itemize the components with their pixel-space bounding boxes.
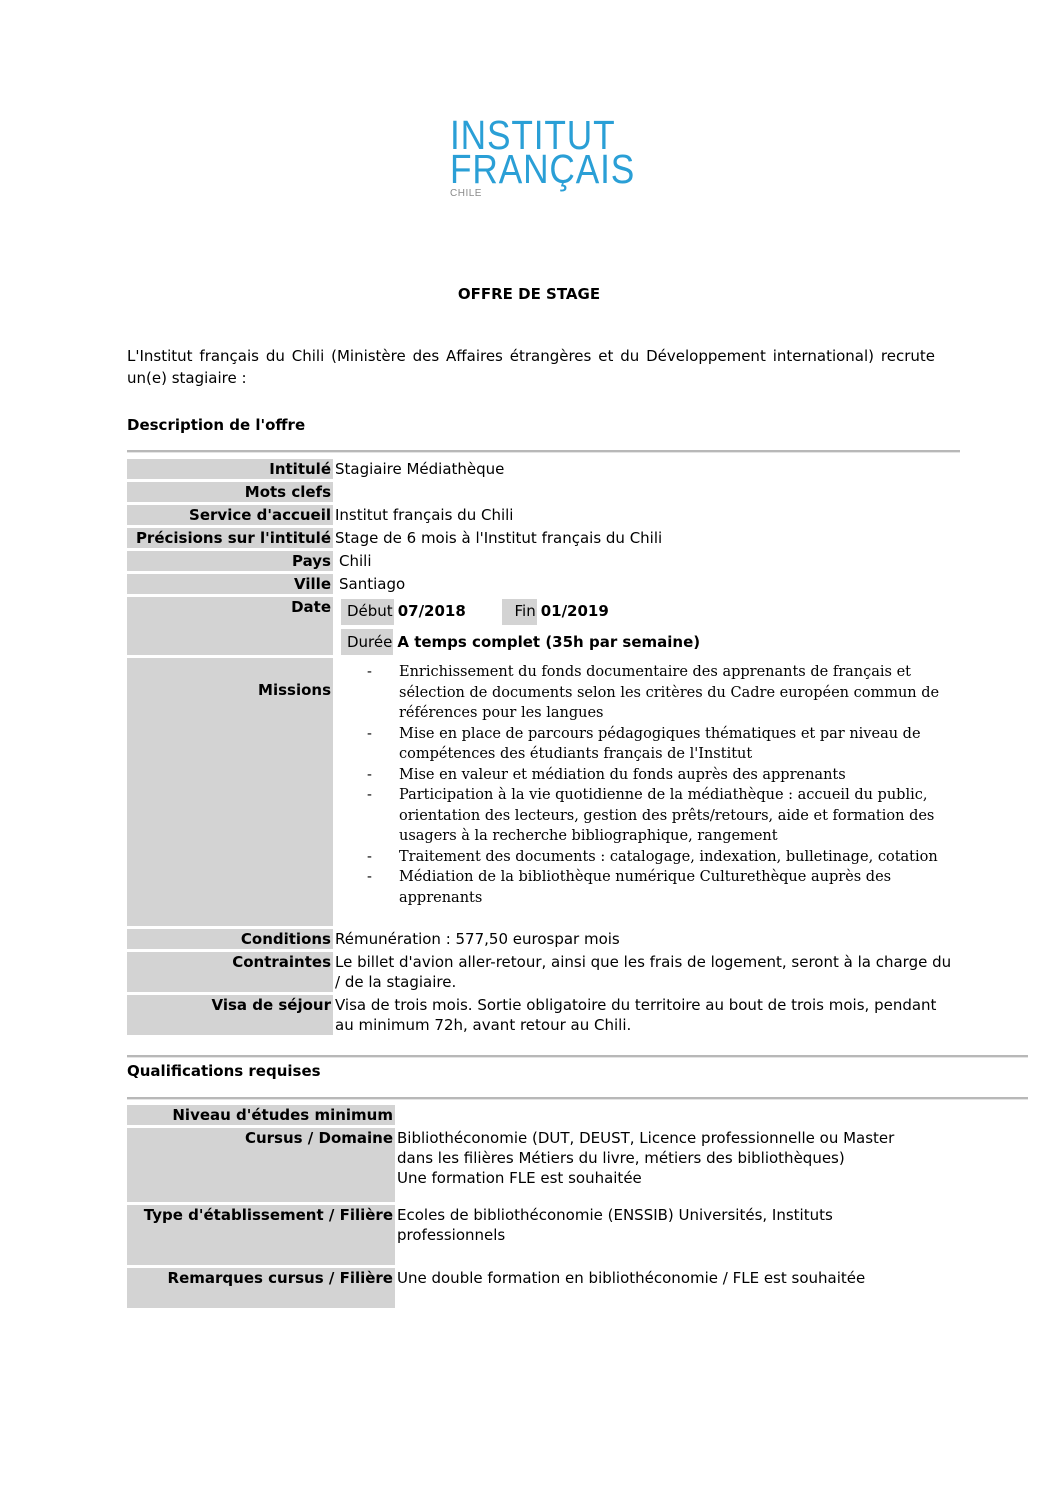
precisions-value: Stage de 6 mois à l'Institut français du… <box>333 528 960 548</box>
cursus-line-1: Bibliothéconomie (DUT, DEUST, Licence pr… <box>397 1128 925 1148</box>
qualifications-top-divider <box>127 1055 1028 1058</box>
qualifications-heading: Qualifications requises <box>127 1062 321 1080</box>
cursus-value: Bibliothéconomie (DUT, DEUST, Licence pr… <box>395 1128 927 1202</box>
service-value: Institut français du Chili <box>333 505 960 525</box>
duree-value: A temps complet (35h par semaine) <box>397 633 700 651</box>
remarques-value: Une double formation en bibliothéconomie… <box>395 1268 927 1308</box>
debut-value: 07/2018 <box>398 599 498 623</box>
table-row: Visa de séjour Visa de trois mois. Sorti… <box>127 995 960 1035</box>
visa-label: Visa de séjour <box>127 995 333 1035</box>
contraintes-label: Contraintes <box>127 952 333 992</box>
table-row: Cursus / Domaine Bibliothéconomie (DUT, … <box>127 1128 927 1202</box>
visa-value: Visa de trois mois. Sortie obligatoire d… <box>333 995 960 1035</box>
conditions-label: Conditions <box>127 929 333 949</box>
description-heading: Description de l'offre <box>127 416 305 434</box>
logo-line-francais: FRANÇAIS <box>450 152 635 186</box>
table-row: Contraintes Le billet d'avion aller-reto… <box>127 952 960 992</box>
mots-clefs-label: Mots clefs <box>127 482 333 502</box>
intitule-value: Stagiaire Médiathèque <box>333 459 960 479</box>
list-item: Mise en valeur et médiation du fonds aup… <box>335 765 958 786</box>
list-item: Mise en place de parcours pédagogiques t… <box>335 724 958 765</box>
type-label: Type d'établissement / Filière <box>127 1205 395 1265</box>
ville-label: Ville <box>127 574 333 594</box>
list-item: Médiation de la bibliothèque numérique C… <box>335 867 958 908</box>
table-row: Pays Chili <box>127 551 960 571</box>
cursus-label: Cursus / Domaine <box>127 1128 395 1202</box>
description-divider <box>127 450 960 453</box>
list-item: Traitement des documents : catalogage, i… <box>335 847 958 868</box>
table-row: Conditions Rémunération : 577,50 eurospa… <box>127 929 960 949</box>
missions-label: Missions <box>127 658 333 926</box>
intro-paragraph: L'Institut français du Chili (Ministère … <box>127 345 935 389</box>
type-line-2: professionnels <box>397 1225 925 1245</box>
missions-value: Enrichissement du fonds documentaire des… <box>333 658 960 926</box>
table-row: Date Début07/2018 Fin01/2019 DuréeA temp… <box>127 597 960 655</box>
service-label: Service d'accueil <box>127 505 333 525</box>
conditions-value: Rémunération : 577,50 eurospar mois <box>333 929 960 949</box>
table-row: Ville Santiago <box>127 574 960 594</box>
intitule-label: Intitulé <box>127 459 333 479</box>
date-value: Début07/2018 Fin01/2019 DuréeA temps com… <box>333 597 960 655</box>
institut-francais-logo: INSTITUT FRANÇAIS CHILE <box>450 118 665 199</box>
mots-clefs-value <box>333 482 960 502</box>
table-row: Remarques cursus / Filière Une double fo… <box>127 1268 927 1308</box>
pays-label: Pays <box>127 551 333 571</box>
fin-label: Fin <box>502 599 536 625</box>
duree-label: Durée <box>341 629 393 655</box>
table-row: Précisions sur l'intitulé Stage de 6 moi… <box>127 528 960 548</box>
contraintes-value: Le billet d'avion aller-retour, ainsi qu… <box>333 952 960 992</box>
table-row: Intitulé Stagiaire Médiathèque <box>127 459 960 479</box>
niveau-value <box>395 1105 927 1125</box>
table-row: Service d'accueil Institut français du C… <box>127 505 960 525</box>
table-row: Mots clefs <box>127 482 960 502</box>
qualifications-table: Niveau d'études minimum Cursus / Domaine… <box>127 1102 927 1311</box>
pays-value: Chili <box>333 551 960 571</box>
description-table: Intitulé Stagiaire Médiathèque Mots clef… <box>127 456 960 1038</box>
table-row: Missions Enrichissement du fonds documen… <box>127 658 960 926</box>
cursus-line-2: dans les filières Métiers du livre, méti… <box>397 1148 925 1168</box>
document-title: OFFRE DE STAGE <box>0 285 1058 303</box>
list-item: Enrichissement du fonds documentaire des… <box>335 662 958 724</box>
date-label: Date <box>127 597 333 655</box>
debut-label: Début <box>341 599 394 625</box>
missions-list: Enrichissement du fonds documentaire des… <box>335 662 958 908</box>
fin-value: 01/2019 <box>541 602 609 620</box>
remarques-label: Remarques cursus / Filière <box>127 1268 395 1308</box>
precisions-label: Précisions sur l'intitulé <box>127 528 333 548</box>
table-row: Type d'établissement / Filière Ecoles de… <box>127 1205 927 1265</box>
ville-value: Santiago <box>333 574 960 594</box>
niveau-label: Niveau d'études minimum <box>127 1105 395 1125</box>
type-line-1: Ecoles de bibliothéconomie (ENSSIB) Univ… <box>397 1205 925 1225</box>
type-value: Ecoles de bibliothéconomie (ENSSIB) Univ… <box>395 1205 927 1265</box>
table-row: Niveau d'études minimum <box>127 1105 927 1125</box>
cursus-line-3: Une formation FLE est souhaitée <box>397 1168 925 1188</box>
list-item: Participation à la vie quotidienne de la… <box>335 785 958 847</box>
qualifications-divider <box>127 1097 1028 1100</box>
